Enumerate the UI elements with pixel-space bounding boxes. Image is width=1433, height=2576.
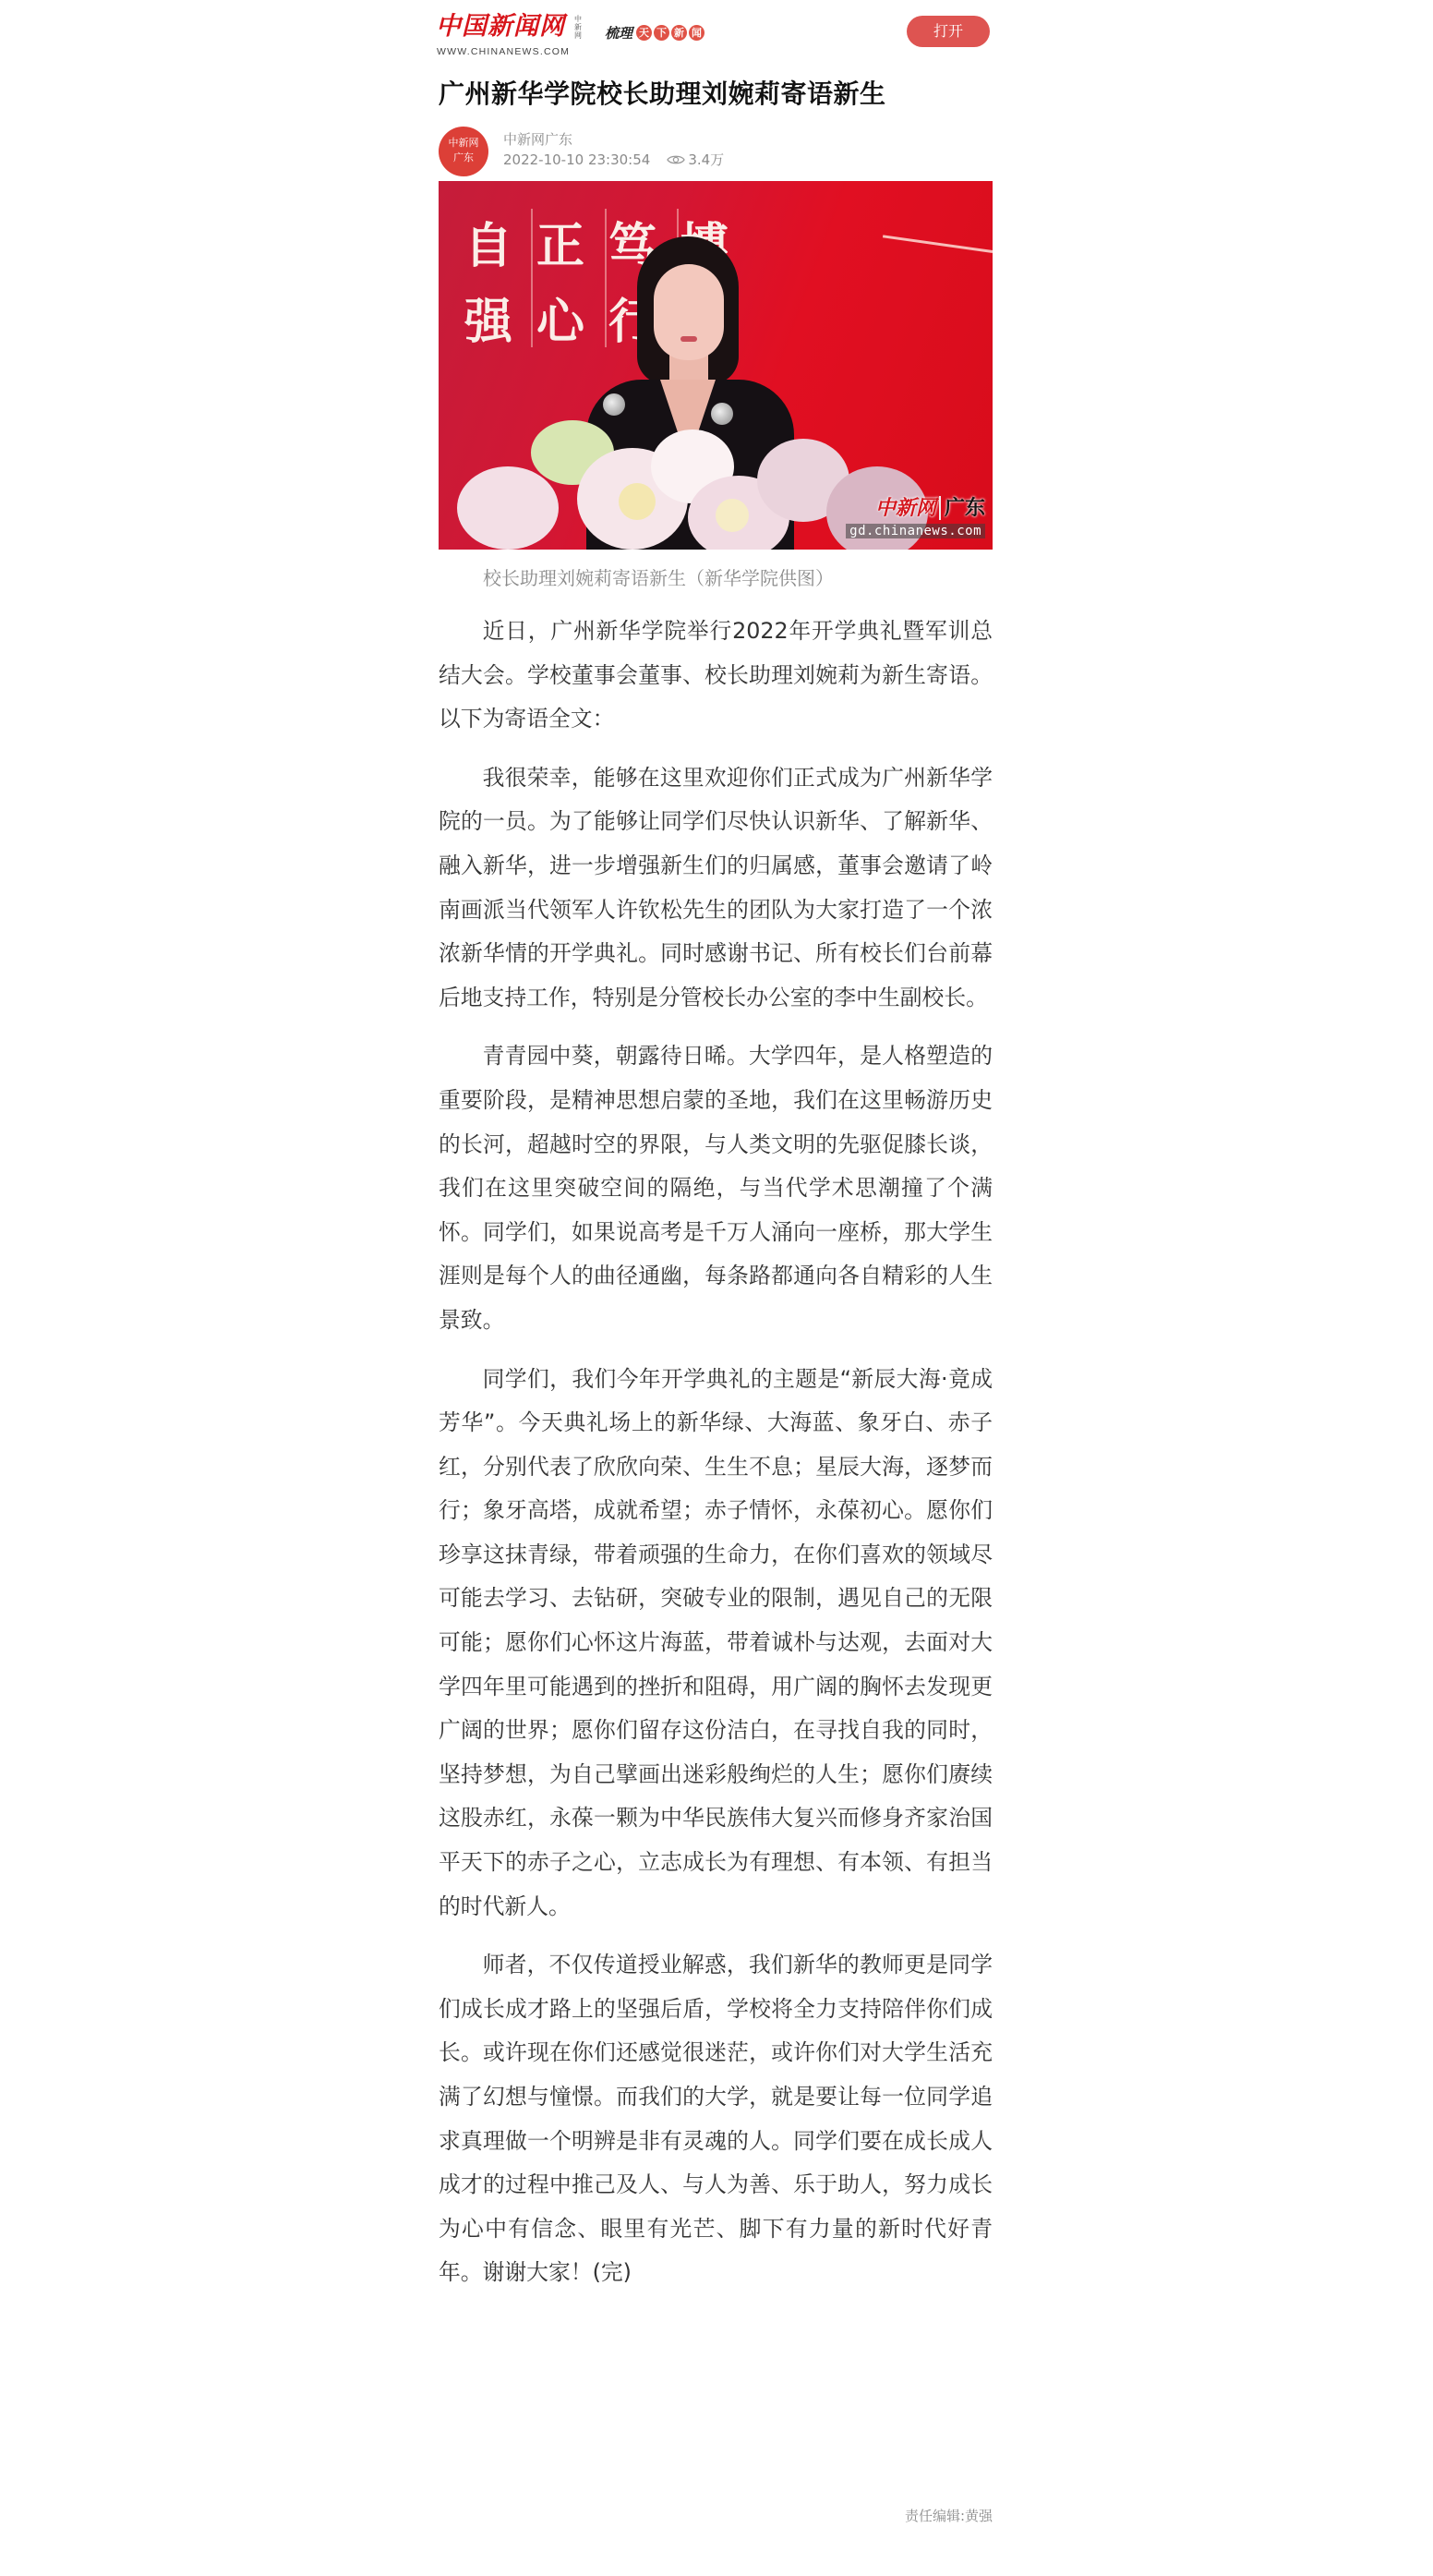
top-bar: 中国新闻网 中新网 WWW.CHINANEWS.COM 梳理 天 下 新 闻 打… (439, 0, 993, 65)
responsible-editor: 责任编辑:黄强 (905, 2506, 993, 2525)
publish-time: 2022-10-10 23:30:54 (503, 151, 650, 168)
speaker-face (654, 264, 724, 360)
chinanews-logo[interactable]: 中国新闻网 中新网 WWW.CHINANEWS.COM (436, 13, 593, 61)
logo-side-text: 中新网 (572, 15, 584, 40)
light-streak (883, 235, 993, 253)
paragraph: 同学们，我们今年开学典礼的主题是“新辰大海·竟成芳华”。今天典礼场上的新华绿、大… (439, 1358, 993, 1929)
backdrop-char: 正 (536, 209, 608, 284)
watermark-logo-text: 中新网 (875, 496, 936, 520)
slogan-circle-char: 新 (671, 25, 687, 41)
view-count: 3.4万 (667, 150, 724, 169)
article-title: 广州新华学院校长助理刘婉莉寄语新生 (439, 76, 993, 113)
backdrop-divider (531, 209, 533, 347)
slogan-circle-char: 天 (636, 25, 652, 41)
paragraph: 我很荣幸，能够在这里欢迎你们正式成为广州新华学院的一员。为了能够让同学们尽快认识… (439, 756, 993, 1021)
watermark-url: gd.chinanews.com (846, 524, 985, 538)
paragraph: 青青园中葵，朝露待日晞。大学四年，是人格塑造的重要阶段，是精神思想启蒙的圣地，我… (439, 1034, 993, 1342)
logo-wordmark: 中国新闻网 (436, 13, 565, 41)
backdrop-char: 强 (464, 284, 536, 360)
avatar-line-2: 广东 (439, 151, 488, 165)
backdrop-char: 心 (536, 284, 608, 360)
open-app-button[interactable]: 打开 (907, 16, 990, 47)
slogan-lead: 梳理 (605, 23, 632, 42)
view-count-value: 3.4万 (688, 150, 724, 169)
flower (716, 499, 749, 532)
slogan-circle-char: 下 (654, 25, 669, 41)
watermark-region: 广东 (939, 496, 985, 520)
article-photo[interactable]: 自 正 笃 博 强 心 行 学 (439, 181, 993, 550)
slogan-circle-char: 闻 (689, 25, 704, 41)
flower (457, 466, 559, 550)
eye-icon (667, 153, 685, 166)
source-avatar[interactable]: 中新网 广东 (439, 127, 488, 176)
paragraph: 师者，不仅传道授业解惑，我们新华的教师更是同学们成长成才路上的坚强后盾，学校将全… (439, 1943, 993, 2295)
logo-url: WWW.CHINANEWS.COM (437, 46, 570, 57)
source-name[interactable]: 中新网广东 (503, 129, 572, 149)
avatar-line-1: 中新网 (439, 136, 488, 151)
watermark-logo: 中新网广东 (846, 492, 985, 521)
article-body: 近日，广州新华学院举行2022年开学典礼暨军训总结大会。学校董事会董事、校长助理… (439, 610, 993, 2310)
backdrop-divider (605, 209, 607, 347)
photo-caption: 校长助理刘婉莉寄语新生（新华学院供图） (483, 565, 834, 591)
flower (619, 483, 656, 520)
article-meta: 中新网 广东 中新网广东 2022-10-10 23:30:54 3.4万 (439, 127, 993, 178)
speaker-lips (680, 336, 697, 342)
article-page: 中国新闻网 中新网 WWW.CHINANEWS.COM 梳理 天 下 新 闻 打… (439, 0, 993, 65)
backdrop-char: 自 (464, 209, 536, 284)
photo-watermark: 中新网广东 gd.chinanews.com (846, 492, 985, 538)
publish-info: 2022-10-10 23:30:54 3.4万 (503, 150, 724, 169)
slogan: 梳理 天 下 新 闻 (605, 22, 704, 42)
paragraph: 近日，广州新华学院举行2022年开学典礼暨军训总结大会。学校董事会董事、校长助理… (439, 610, 993, 742)
